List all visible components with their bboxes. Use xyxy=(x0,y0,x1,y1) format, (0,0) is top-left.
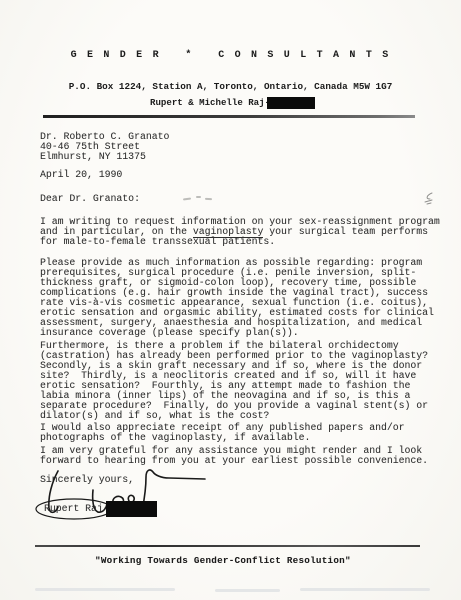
scan-smudge xyxy=(35,588,175,591)
signature-scrawl xyxy=(30,462,220,527)
letterhead-names: Rupert & Michelle Raj- xyxy=(150,97,270,108)
letterhead-redaction-bar xyxy=(267,97,315,109)
pencil-mark xyxy=(205,198,212,200)
letter-page: G E N D E R * C O N S U L T A N T S P.O.… xyxy=(0,0,461,600)
signature-circle xyxy=(36,499,112,519)
signature-redaction-bar xyxy=(106,501,157,517)
letterhead-rule xyxy=(43,115,415,118)
footer-quote: "Working Towards Gender-Conflict Resolut… xyxy=(95,555,351,566)
body-paragraph-4: I would also appreciate receipt of any p… xyxy=(40,423,460,443)
body-paragraph-1: I am writing to request information on y… xyxy=(40,217,460,247)
salutation: Dear Dr. Granato: xyxy=(40,194,140,204)
scan-smudge xyxy=(215,589,280,592)
body-paragraph-2: Please provide as much information as po… xyxy=(40,258,460,338)
body-paragraph-3: Furthermore, is there a problem if the b… xyxy=(40,341,460,421)
letterhead-title: G E N D E R * C O N S U L T A N T S xyxy=(0,50,461,61)
pencil-scribble xyxy=(421,191,437,207)
recipient-address: Dr. Roberto C. Granato 40-46 75th Street… xyxy=(40,132,460,162)
letterhead-address: P.O. Box 1224, Station A, Toronto, Ontar… xyxy=(0,81,461,92)
footer-rule xyxy=(35,545,420,547)
scan-smudge xyxy=(300,588,430,591)
pencil-mark xyxy=(183,198,191,201)
date-line: April 20, 1990 xyxy=(40,170,122,180)
pencil-mark xyxy=(196,196,201,198)
